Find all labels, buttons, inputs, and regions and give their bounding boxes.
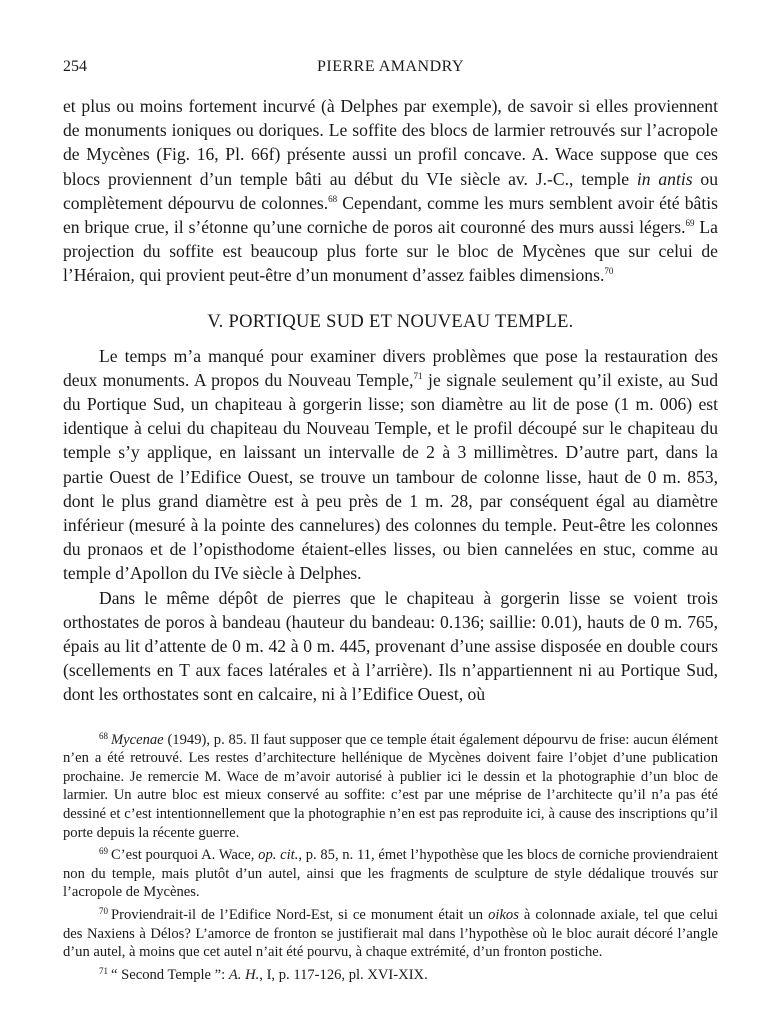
footnote-mark: 71 (99, 966, 108, 976)
paragraph-1: et plus ou moins fortement incurvé (à De… (63, 94, 718, 288)
section-heading: V. PORTIQUE SUD ET NOUVEAU TEMPLE. (63, 310, 718, 334)
italic-run: A. H. (229, 967, 259, 983)
footnote-mark: 69 (99, 846, 108, 856)
footnote-ref-68[interactable]: 68 (328, 194, 337, 204)
footnote-ref-70[interactable]: 70 (604, 266, 613, 276)
footnote-text: , I, p. 117-126, pl. XVI-XIX. (259, 967, 427, 983)
text-run: je signale seulement qu’il existe, au Su… (63, 370, 718, 584)
footnote-mark: 70 (99, 906, 108, 916)
footnote-70: 70Proviendrait-il de l’Edifice Nord-Est,… (63, 902, 718, 962)
italic-run: Mycenae (111, 732, 164, 748)
italic-run: in antis (637, 169, 693, 189)
paragraph-2: Le temps m’a manqué pour examiner divers… (63, 344, 718, 586)
footnote-mark: 68 (99, 731, 108, 741)
footnote-text: (1949), p. 85. Il faut supposer que ce t… (63, 732, 718, 841)
footnote-69: 69C’est pourquoi A. Wace, op. cit., p. 8… (63, 842, 718, 902)
footnote-text: Proviendrait-il de l’Edifice Nord-Est, s… (111, 907, 488, 923)
footnotes: 68Mycenae (1949), p. 85. Il faut suppose… (63, 727, 718, 985)
footnote-71: 71“ Second Temple ”: A. H., I, p. 117-12… (63, 962, 718, 985)
text-run: Dans le même dépôt de pierres que le cha… (63, 588, 718, 705)
italic-run: op. cit. (258, 847, 298, 863)
footnote-text: “ Second Temple ”: (111, 967, 229, 983)
footnote-text: C’est pourquoi A. Wace, (111, 847, 258, 863)
footnote-ref-69[interactable]: 69 (686, 218, 695, 228)
body-text: et plus ou moins fortement incurvé (à De… (63, 94, 718, 707)
running-head: 254 PIERRE AMANDRY (63, 58, 718, 80)
paragraph-3: Dans le même dépôt de pierres que le cha… (63, 586, 718, 707)
footnote-68: 68Mycenae (1949), p. 85. Il faut suppose… (63, 727, 718, 843)
page: 254 PIERRE AMANDRY et plus ou moins fort… (63, 58, 718, 984)
text-run: et plus ou moins fortement incurvé (à De… (63, 96, 718, 189)
running-title: PIERRE AMANDRY (63, 58, 718, 76)
italic-run: oikos (488, 907, 519, 923)
